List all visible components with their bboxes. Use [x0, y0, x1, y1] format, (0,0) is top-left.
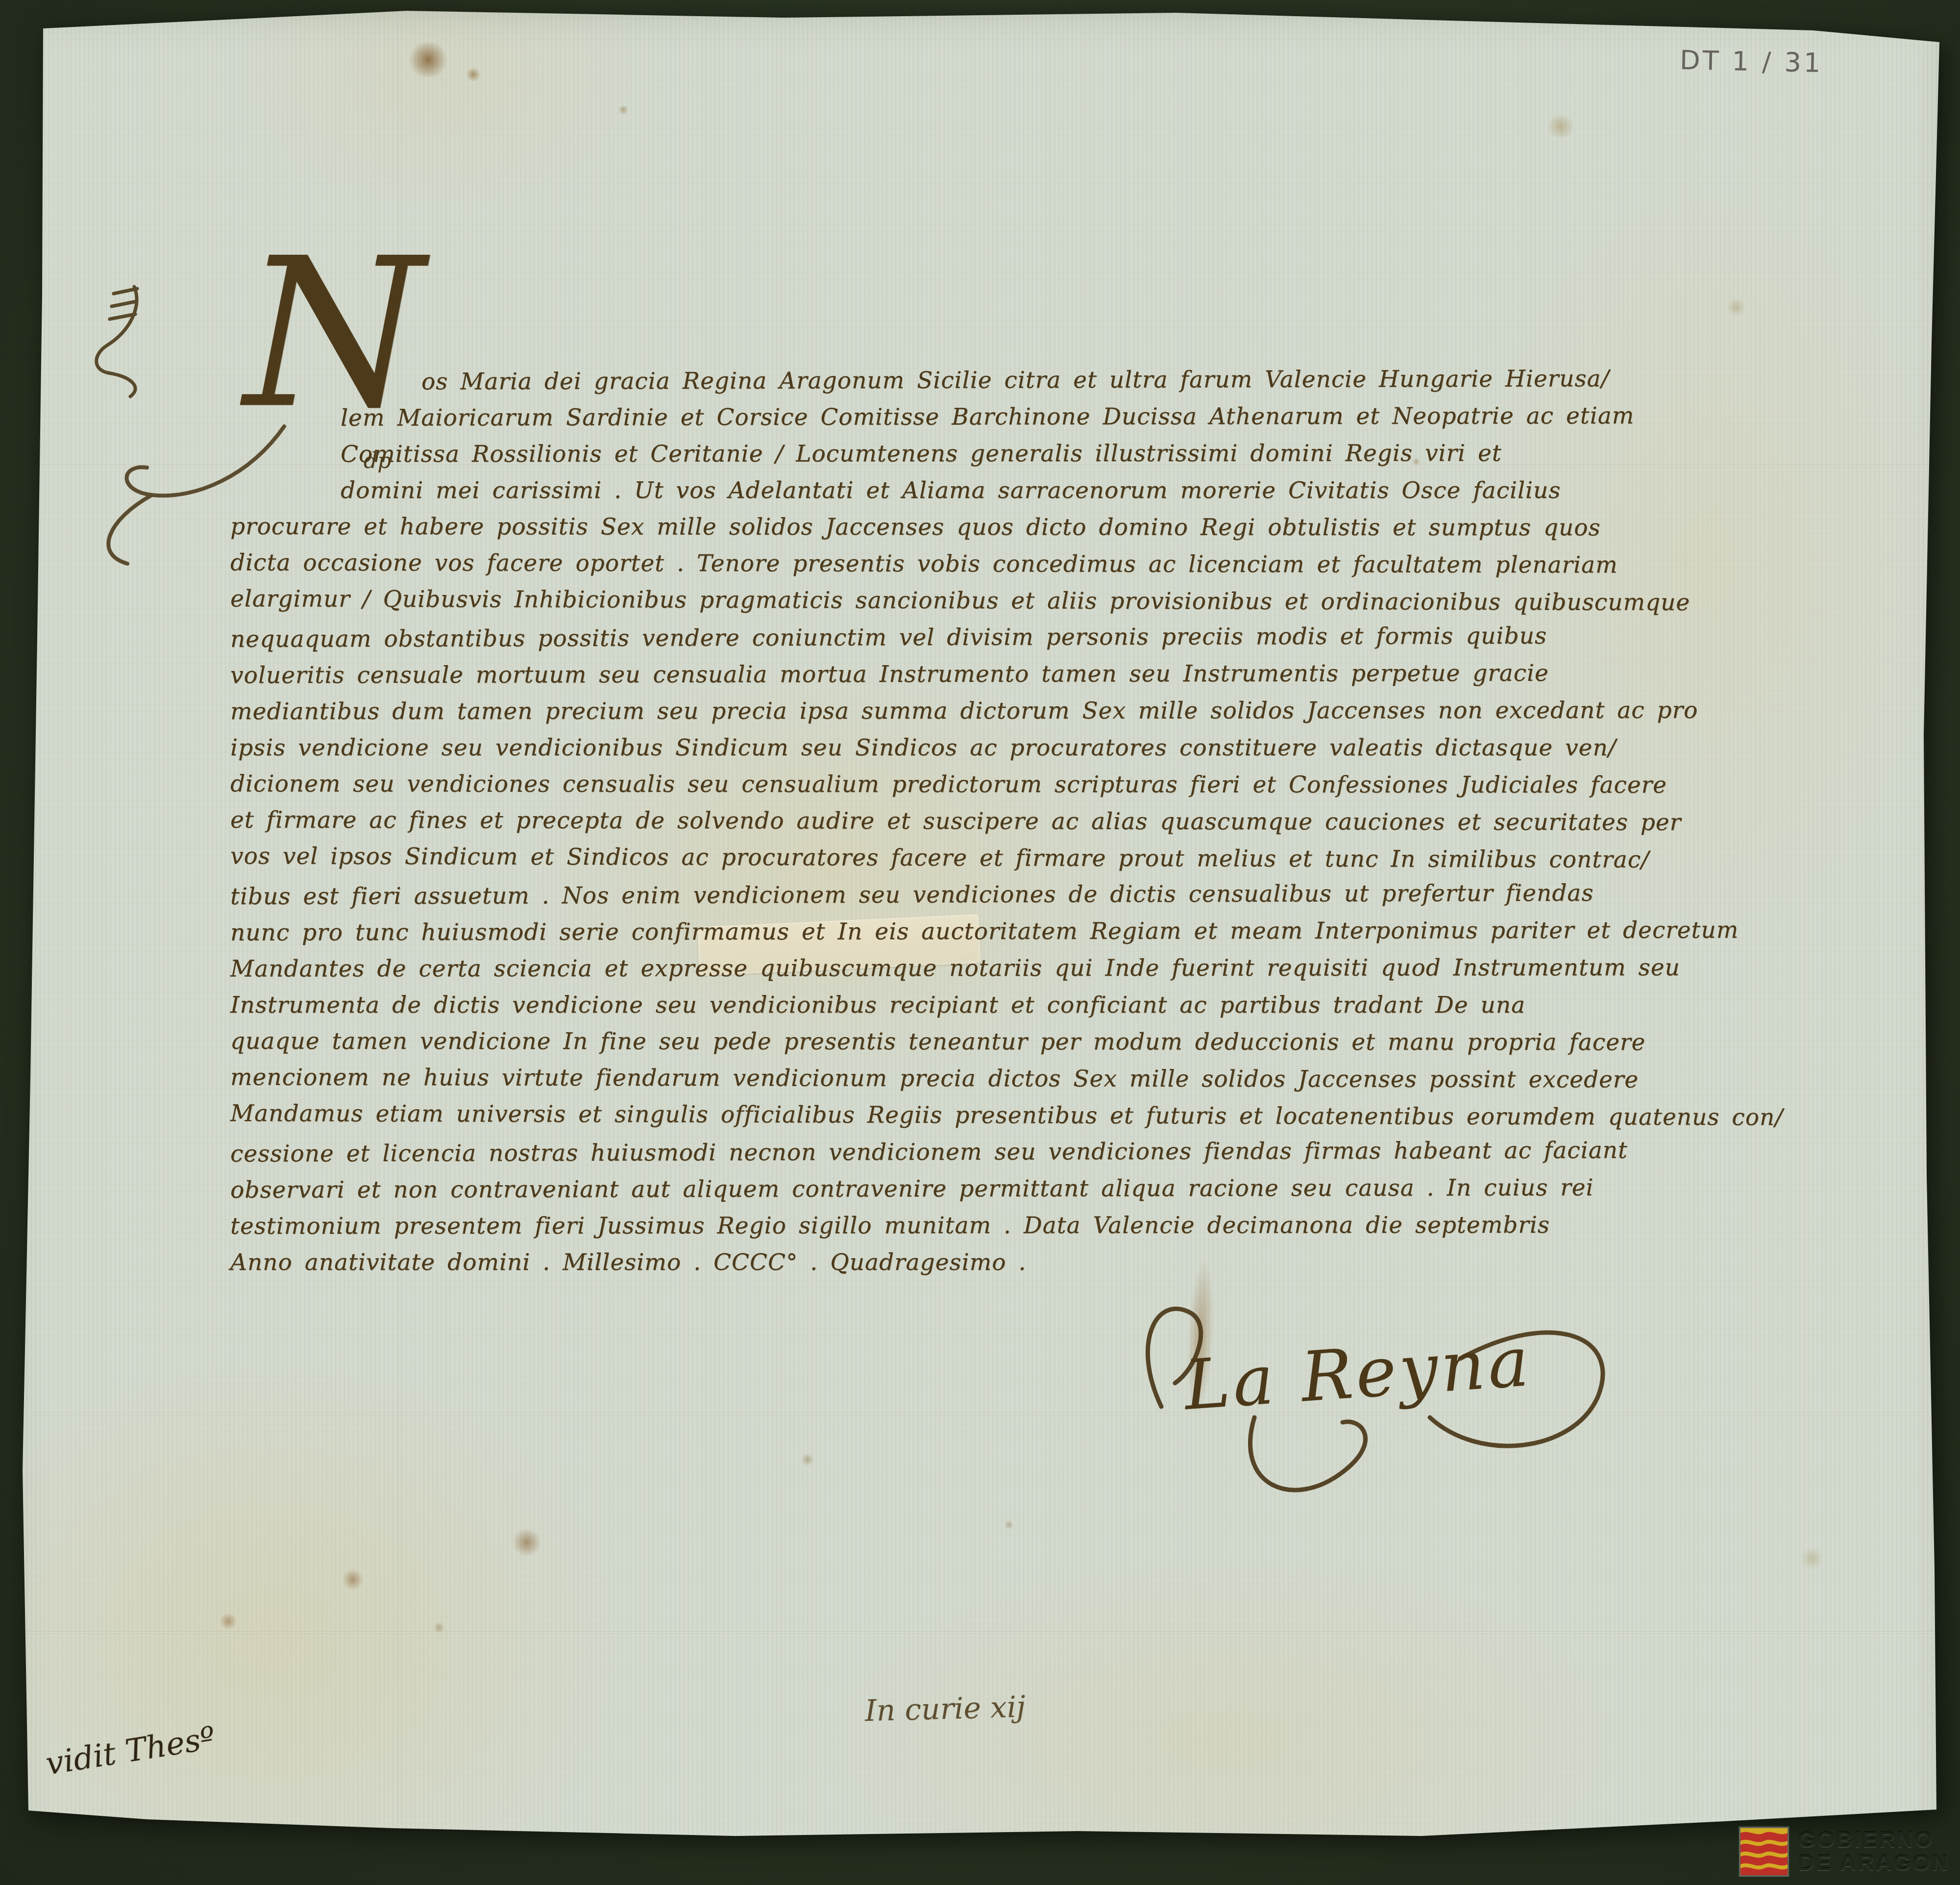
- manuscript-line: nunc pro tunc huiusmodi serie confirmamu…: [230, 912, 1681, 951]
- manuscript-line: volueritis censuale mortuum seu censuali…: [230, 654, 1681, 694]
- margin-paraph-icon: [83, 272, 191, 399]
- rust-stain: [340, 1569, 366, 1590]
- manuscript-line: Instrumenta de dictis vendicione seu ven…: [230, 987, 1681, 1023]
- manuscript-line: os Maria dei gracia Regina Aragonum Sici…: [421, 360, 1681, 400]
- signature-smear-stain: [1184, 1258, 1218, 1416]
- rust-stain: [617, 105, 629, 115]
- manuscript-line: lem Maioricarum Sardinie et Corsice Comi…: [341, 397, 1681, 437]
- watermark-line1: GOBIERNO: [1798, 1828, 1950, 1851]
- manuscript-line: cessione et licencia nostras huiusmodi n…: [230, 1132, 1681, 1172]
- ink-stain: [405, 42, 452, 77]
- rust-stain: [218, 1613, 239, 1629]
- manuscript-text-block: os Maria dei gracia Regina Aragonum Sici…: [230, 362, 1681, 1281]
- manuscript-line: et firmare ac fines et precepta de solve…: [230, 801, 1681, 841]
- manuscript-line: dicta occasione vos facere oportet . Ten…: [230, 544, 1681, 583]
- manuscript-line: Comitissa Rossilionis et Ceritanie / Loc…: [341, 435, 1681, 472]
- pencil-reference-note: DT 1 / 31: [1679, 45, 1823, 78]
- manuscript-line: elargimur / Quibusvis Inhibicionibus pra…: [230, 580, 1681, 621]
- manuscript-line: testimonium presentem fieri Jussimus Reg…: [230, 1207, 1681, 1245]
- fold-crease-lower: [27, 1631, 1933, 1634]
- manuscript-line: dicionem seu vendiciones censualis seu c…: [230, 766, 1681, 804]
- fold-crease-vertical-right: [1685, 25, 1687, 637]
- manuscript-line: tibus est fieri assuetum . Nos enim vend…: [230, 874, 1681, 915]
- treasurer-annotation: vidit Thesº: [43, 1720, 218, 1783]
- manuscript-line: ipsis vendicione seu vendicionibus Sindi…: [230, 729, 1681, 766]
- rust-stain: [465, 68, 482, 81]
- manuscript-line: nequaquam obstantibus possitis vendere c…: [230, 617, 1681, 658]
- manuscript-line: vos vel ipsos Sindicum et Sindicos ac pr…: [230, 838, 1681, 878]
- queen-signature: La Reyna: [1088, 1255, 1676, 1519]
- aragon-watermark: GOBIERNO DE ARAGON: [1740, 1828, 1950, 1875]
- registry-annotation: In curie xij: [864, 1690, 1026, 1729]
- manuscript-line: mencionem ne huius virtute fiendarum ven…: [230, 1059, 1681, 1098]
- foxing-stain: [1543, 116, 1578, 137]
- rust-stain: [800, 1454, 815, 1465]
- manuscript-line: Mandantes de certa sciencia et expresse …: [230, 949, 1681, 988]
- aragon-flag-icon: [1740, 1828, 1788, 1875]
- fold-crease-middle: [29, 1413, 1931, 1415]
- manuscript-sheet: DT 1 / 31 N dp os Maria dei gracia Regin…: [0, 0, 1960, 1885]
- foxing-stain: [1798, 1549, 1826, 1568]
- manuscript-line: observari et non contraveniant aut aliqu…: [230, 1169, 1681, 1208]
- rust-stain: [1004, 1520, 1014, 1529]
- signature-text: La Reyna: [1180, 1322, 1535, 1426]
- manuscript-line: Mandamus etiam universis et singulis off…: [230, 1095, 1681, 1136]
- rust-stain: [510, 1529, 544, 1556]
- manuscript-line: domini mei carissimi . Ut vos Adelantati…: [341, 472, 1681, 509]
- manuscript-line: quaque tamen vendicione In fine seu pede…: [230, 1023, 1681, 1061]
- watermark-line2: DE ARAGON: [1798, 1851, 1950, 1874]
- manuscript-sheet-wrap: DT 1 / 31 N dp os Maria dei gracia Regin…: [0, 0, 1960, 1885]
- foxing-stain: [1725, 299, 1747, 316]
- manuscript-line: Anno anativitate domini . Millesimo . CC…: [230, 1244, 1681, 1281]
- manuscript-line: procurare et habere possitis Sex mille s…: [230, 508, 1681, 546]
- manuscript-line: mediantibus dum tamen precium seu precia…: [230, 692, 1681, 730]
- rust-stain: [432, 1622, 446, 1633]
